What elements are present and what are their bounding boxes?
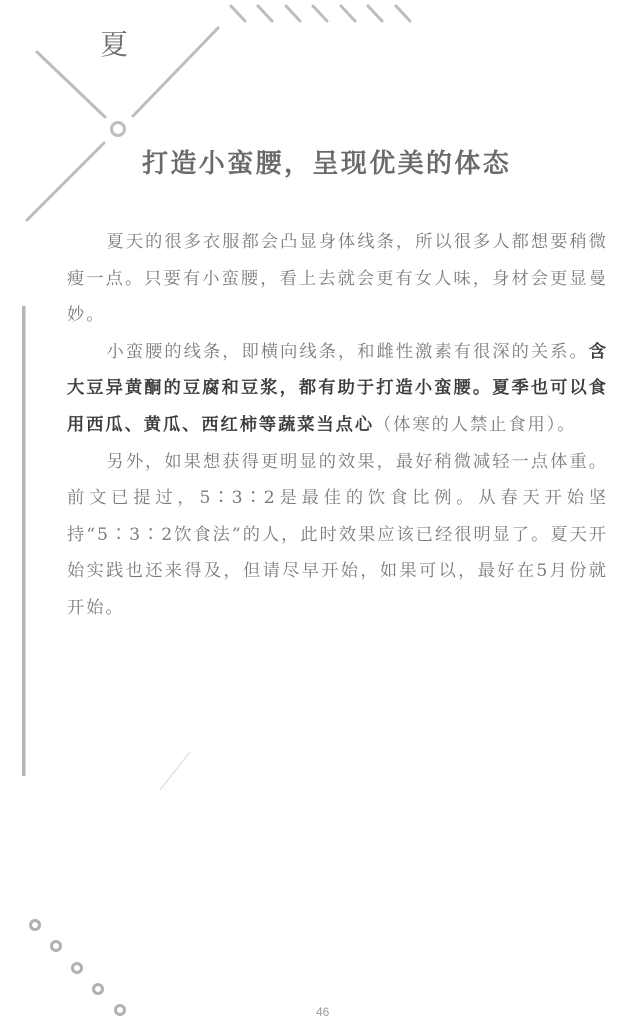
small-ring-icon [112, 123, 125, 136]
paragraph-2-note: （体寒的人禁止食用）。 [374, 415, 576, 435]
ring-icon [94, 985, 103, 994]
season-label: 夏 [100, 28, 128, 62]
ring-icon [73, 964, 82, 973]
page-number: 46 [316, 1005, 329, 1019]
ring-icon [116, 1006, 125, 1015]
ring-icon [52, 942, 61, 951]
ring-icon [31, 921, 40, 930]
paragraph-3: 另外，如果想获得更明显的效果，最好稍微减轻一点体重。前文已提过，5∶3∶2是最佳… [67, 444, 608, 627]
section-title: 打造小蛮腰，呈现优美的体态 [142, 146, 602, 182]
paragraph-2-text: 小蛮腰的线条，即横向线条，和雌性激素有很深的关系。 [107, 342, 589, 362]
paragraph-3-text: 另外，如果想获得更明显的效果，最好稍微减轻一点体重。前文已提过，5∶3∶2是最佳… [67, 452, 608, 618]
left-vertical-bar [22, 306, 26, 776]
article-body: 夏天的很多衣服都会凸显身体线条，所以很多人都想要稍微瘦一点。只要有小蛮腰，看上去… [67, 224, 608, 627]
paragraph-1-text: 夏天的很多衣服都会凸显身体线条，所以很多人都想要稍微瘦一点。只要有小蛮腰，看上去… [67, 232, 608, 325]
top-dash-pattern [231, 6, 410, 21]
paragraph-1: 夏天的很多衣服都会凸显身体线条，所以很多人都想要稍微瘦一点。只要有小蛮腰，看上去… [67, 224, 608, 334]
bottom-ring-trail [31, 921, 125, 1015]
paragraph-2: 小蛮腰的线条，即横向线条，和雌性激素有很深的关系。含大豆异黄酮的豆腐和豆浆，都有… [67, 334, 608, 444]
